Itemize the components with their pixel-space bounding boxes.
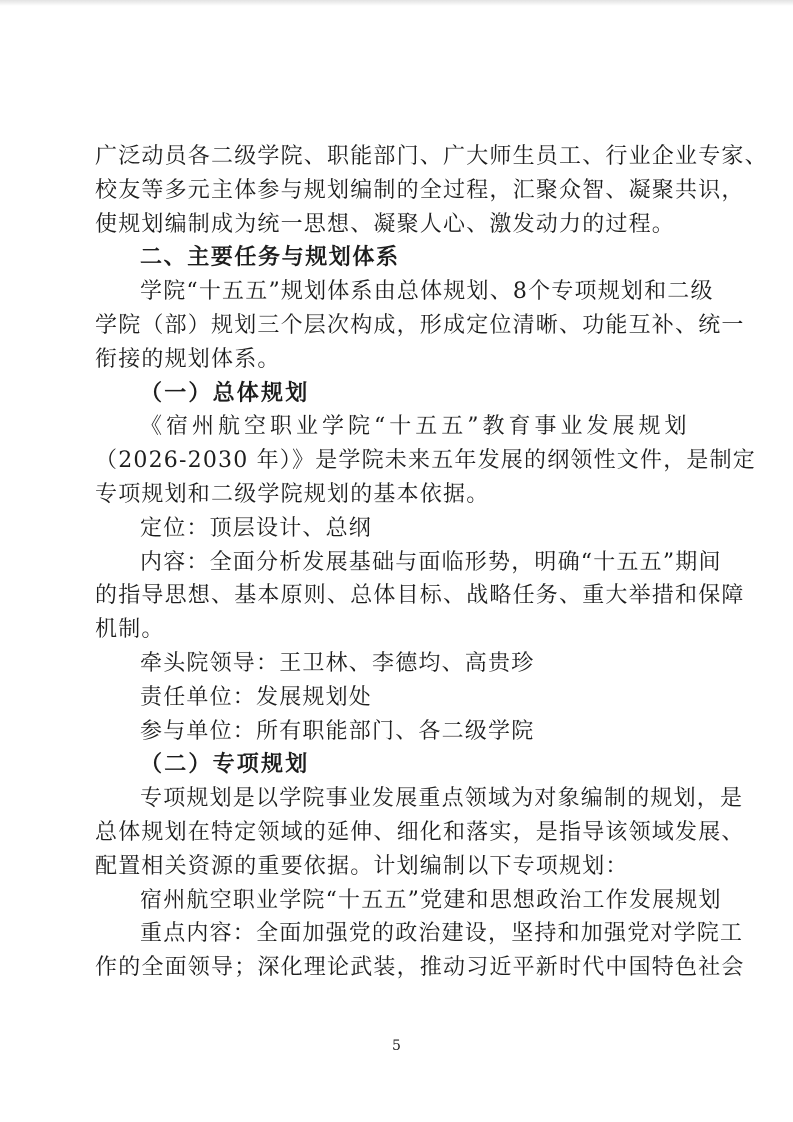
text-line: 《宿州航空职业学院“十五五”教育事业发展规划 [95,410,701,444]
text-line: 总体规划在特定领域的延伸、细化和落实，是指导该领域发展、 [95,816,701,850]
text-line: 学院“十五五”规划体系由总体规划、8个专项规划和二级 [95,275,701,309]
text-line: 宿州航空职业学院“十五五”党建和思想政治工作发展规划 [95,884,701,918]
text-line: 的指导思想、基本原则、总体目标、战略任务、重大举措和保障 [95,579,701,613]
page-number: 5 [0,1036,793,1056]
section-heading: 二、主要任务与规划体系 [95,241,701,275]
text-line: 责任单位：发展规划处 [95,681,701,715]
text-line: 牵头院领导：王卫林、李德均、高贵珍 [95,647,701,681]
text-line: 专项规划和二级学院规划的基本依据。 [95,478,701,512]
text-line: 使规划编制成为统一思想、凝聚人心、激发动力的过程。 [95,208,701,242]
text-line: 参与单位：所有职能部门、各二级学院 [95,715,701,749]
scan-edge-shadow [0,0,793,6]
text-line: 重点内容：全面加强党的政治建设，坚持和加强党对学院工 [95,917,701,951]
text-line: 机制。 [95,613,701,647]
text-line: 定位：顶层设计、总纲 [95,512,701,546]
text-line: 衔接的规划体系。 [95,343,701,377]
document-page: 广泛动员各二级学院、职能部门、广大师生员工、行业企业专家、 校友等多元主体参与规… [0,0,793,1122]
document-body: 广泛动员各二级学院、职能部门、广大师生员工、行业企业专家、 校友等多元主体参与规… [95,140,701,985]
subsection-heading: （二）专项规划 [95,748,701,782]
text-line: 广泛动员各二级学院、职能部门、广大师生员工、行业企业专家、 [95,140,701,174]
text-line: 学院（部）规划三个层次构成，形成定位清晰、功能互补、统一 [95,309,701,343]
text-line: 作的全面领导；深化理论武装，推动习近平新时代中国特色社会 [95,951,701,985]
text-line: 专项规划是以学院事业发展重点领域为对象编制的规划，是 [95,782,701,816]
text-line: 校友等多元主体参与规划编制的全过程，汇聚众智、凝聚共识， [95,174,701,208]
subsection-heading: （一）总体规划 [95,377,701,411]
text-line: 内容：全面分析发展基础与面临形势，明确“十五五”期间 [95,546,701,580]
text-line: 配置相关资源的重要依据。计划编制以下专项规划： [95,850,701,884]
text-line: （2026-2030 年）》是学院未来五年发展的纲领性文件，是制定 [95,444,701,478]
